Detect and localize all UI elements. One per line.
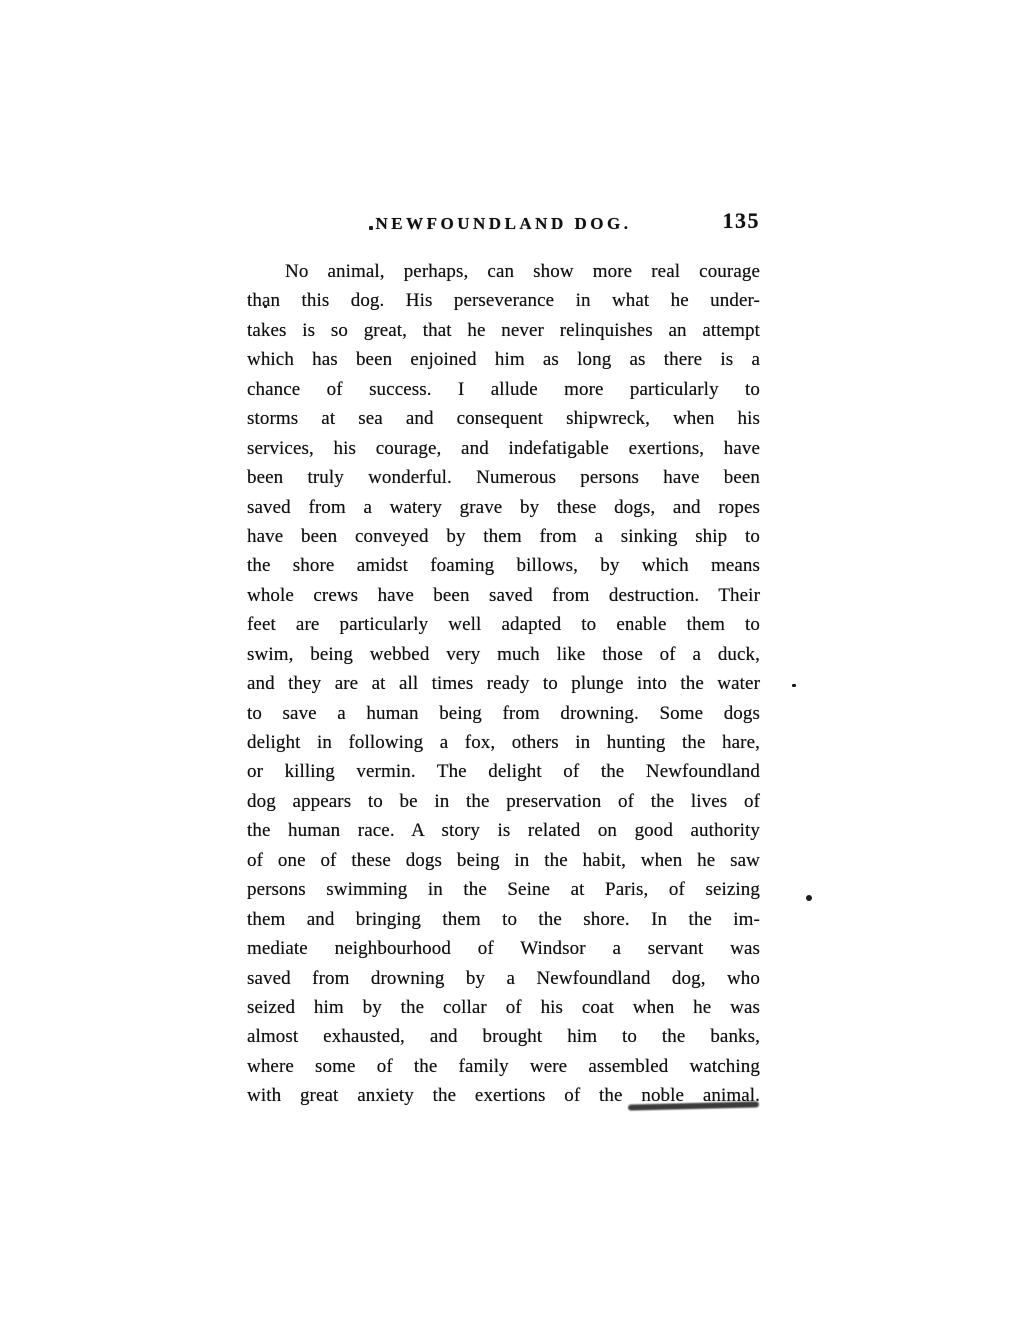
page-number: 135 [723,208,761,234]
text-line: and they are at all times ready to plung… [247,669,760,698]
text-line: to save a human being from drowning. Som… [247,699,760,728]
text-line: chance of success. I allude more particu… [247,375,760,404]
text-line: dog appears to be in the preservation of… [247,787,760,816]
text-line: where some of the family were assembled … [247,1052,760,1081]
text-line: than this dog. His perseverance in what … [247,286,760,315]
text-line: or killing vermin. The delight of the Ne… [247,757,760,786]
text-line: seized him by the collar of his coat whe… [247,993,760,1022]
text-line: feet are particularly well adapted to en… [247,610,760,639]
text-line: mediate neighbourhood of Windsor a serva… [247,934,760,963]
scan-speck [792,684,796,687]
text-line: whole crews have been saved from destruc… [247,581,760,610]
text-line: have been conveyed by them from a sinkin… [247,522,760,551]
running-title: NEWFOUNDLAND DOG. [247,211,760,237]
text-line: swim, being webbed very much like those … [247,640,760,669]
text-line: takes is so great, that he never relinqu… [247,316,760,345]
scan-speck [806,895,812,901]
text-line: the human race. A story is related on go… [247,816,760,845]
text-line: them and bringing them to the shore. In … [247,905,760,934]
text-line: services, his courage, and indefatigable… [247,434,760,463]
text-line: storms at sea and consequent shipwreck, … [247,404,760,433]
text-line: the shore amidst foaming billows, by whi… [247,551,760,580]
text-line: been truly wonderful. Numerous persons h… [247,463,760,492]
text-line: No animal, perhaps, can show more real c… [247,257,760,286]
text-line: of one of these dogs being in the habit,… [247,846,760,875]
scan-speck [264,305,267,308]
text-line: saved from drowning by a Newfoundland do… [247,964,760,993]
body-text-paragraph: No animal, perhaps, can show more real c… [247,257,760,1111]
page-header: NEWFOUNDLAND DOG. 135 [247,211,760,237]
text-line: delight in following a fox, others in hu… [247,728,760,757]
text-line: almost exhausted, and brought him to the… [247,1022,760,1051]
text-line: which has been enjoined him as long as t… [247,345,760,374]
text-line: persons swimming in the Seine at Paris, … [247,875,760,904]
text-line: saved from a watery grave by these dogs,… [247,493,760,522]
book-page-scan: NEWFOUNDLAND DOG. 135 No animal, perhaps… [0,0,1033,1339]
